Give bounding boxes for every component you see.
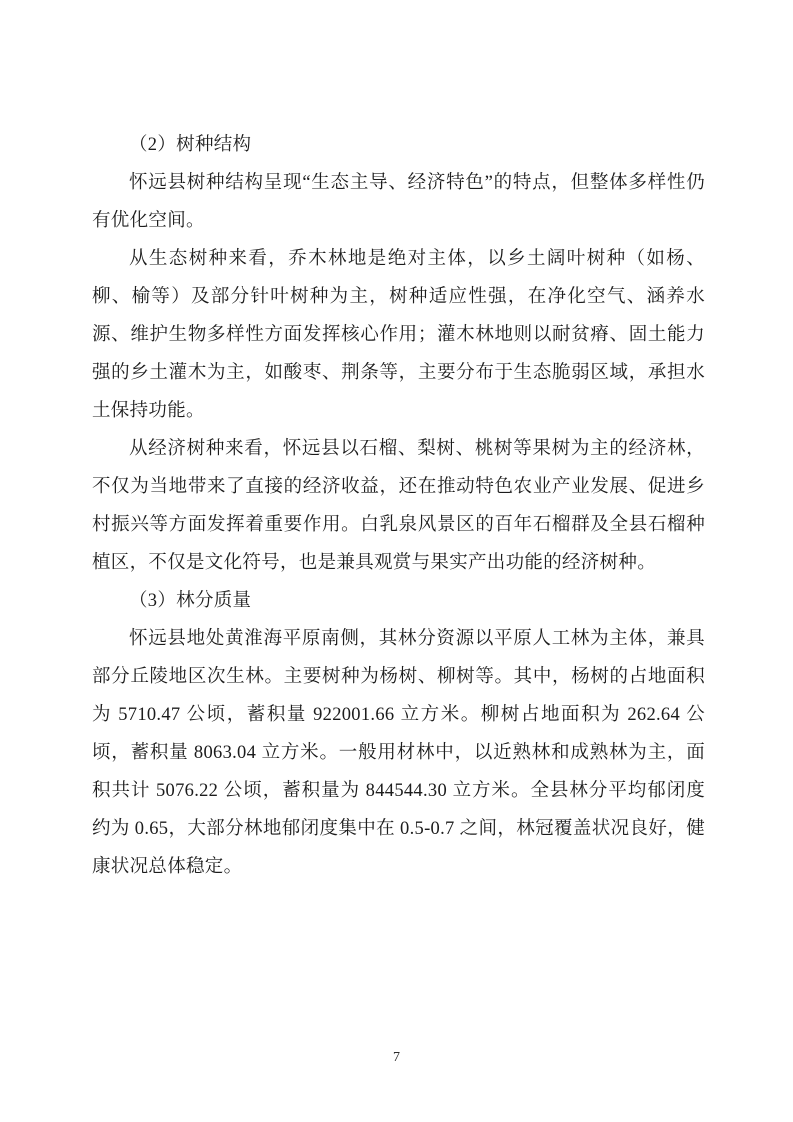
document-page: （2）树种结构 怀远县树种结构呈现“生态主导、经济特色”的特点，但整体多样性仍有… <box>0 0 793 1122</box>
paragraph: 从经济树种来看，怀远县以石榴、梨树、桃树等果树为主的经济林，不仅为当地带来了直接… <box>92 430 705 582</box>
page-number: 7 <box>393 1050 400 1065</box>
paragraph: 怀远县地处黄淮海平原南侧，其林分资源以平原人工林为主体，兼具部分丘陵地区次生林。… <box>92 620 705 886</box>
paragraph: 从生态树种来看，乔木林地是绝对主体，以乡土阔叶树种（如杨、柳、榆等）及部分针叶树… <box>92 240 705 430</box>
document-body: （2）树种结构 怀远县树种结构呈现“生态主导、经济特色”的特点，但整体多样性仍有… <box>92 126 705 886</box>
section-heading: （2）树种结构 <box>92 126 705 164</box>
paragraph: 怀远县树种结构呈现“生态主导、经济特色”的特点，但整体多样性仍有优化空间。 <box>92 164 705 240</box>
section-heading: （3）林分质量 <box>92 582 705 620</box>
page-footer: 7 <box>0 1048 793 1066</box>
